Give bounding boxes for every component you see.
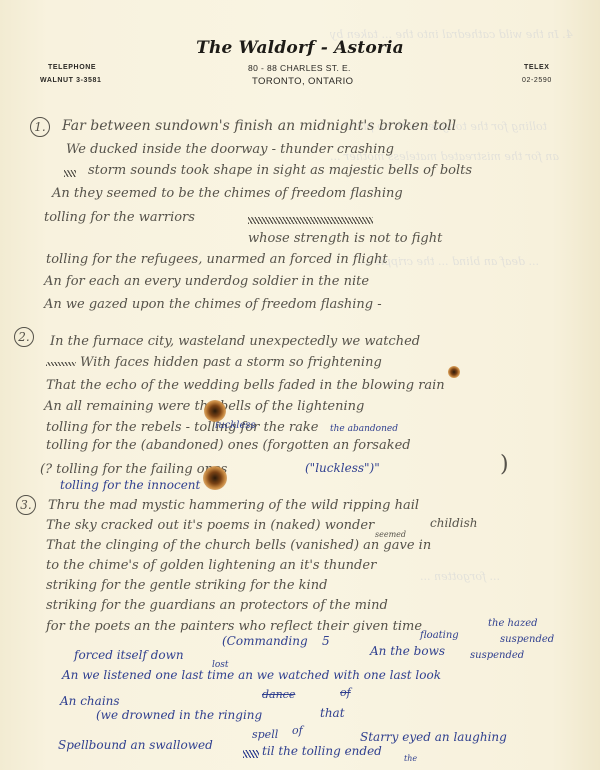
stanza-number-3: 3. [16, 495, 36, 515]
hotel-brand-logo: The Waldorf - Astoria [0, 38, 600, 58]
stanza-1-line-6: tolling for the refugees, unarmed an for… [46, 252, 388, 267]
revision-spell: spell [252, 728, 278, 741]
stanza-1-line-4: An they seemed to be the chimes of freed… [52, 186, 403, 201]
stanza-1-line-8: An we gazed upon the chimes of freedom f… [44, 297, 382, 312]
stanza-1-line-5b: whose strength is not to fight [248, 231, 442, 246]
revision-the-hazed: the hazed [488, 618, 538, 629]
annotation-the-abandoned: the abandoned [330, 424, 398, 434]
letterhead: The Waldorf - Astoria TELEPHONE WALNUT 3… [0, 0, 600, 100]
revision-forced-itself-down: forced itself down [74, 648, 184, 662]
crossed-out-text [46, 362, 76, 366]
revision-an-the-bows: An the bows [370, 644, 445, 658]
telex-number: 02-2590 [522, 77, 552, 84]
stanza-1-line-2: We ducked inside the doorway - thunder c… [66, 142, 394, 157]
bleed-through-text: ... forgotten ... [420, 570, 500, 583]
revision-til-the-tolling-ended: til the tolling ended [262, 744, 382, 758]
telephone-label: TELEPHONE [48, 64, 96, 71]
stanza-3-childish: childish [430, 516, 478, 530]
address-city: TORONTO, ONTARIO [252, 76, 353, 87]
stanza-number-1: 1. [30, 117, 50, 137]
annotation-luckless-quoted: ("luckless")" [305, 461, 380, 475]
annotation-luckless: luckless [215, 420, 256, 431]
stanza-3-line-2: The sky cracked out it's poems in (naked… [46, 518, 374, 533]
stanza-3-line-5: striking for the gentle striking for the… [46, 578, 327, 593]
stanza-1-line-5: tolling for the warriors [44, 210, 195, 225]
revision-an-chains: An chains [60, 694, 120, 708]
revision-the: the [404, 754, 417, 763]
revision-suspended-lower: suspended [470, 650, 524, 661]
stanza-2-line-1: In the furnace city, wasteland unexpecte… [50, 334, 420, 349]
telephone-number: WALNUT 3-3581 [40, 77, 101, 84]
crossed-out-text [248, 217, 373, 224]
revision-suspended-upper: suspended [500, 634, 554, 645]
burn-mark [448, 366, 460, 378]
telex-label: TELEX [524, 64, 550, 71]
stanza-1-line-3: storm sounds took shape in sight as maje… [88, 163, 472, 178]
crossed-out-text [243, 750, 259, 758]
stanza-2-line-7: (? tolling for the failing ones [40, 462, 227, 477]
stanza-2-line-2: With faces hidden past a storm so fright… [80, 355, 382, 370]
address-street: 80 - 88 CHARLES ST. E. [248, 63, 351, 73]
revision-dance: dance [262, 688, 295, 701]
stanza-2-line-5: tolling for the rebels - tolling for the… [46, 420, 318, 435]
stanza-3-line-7: for the poets an the painters who reflec… [46, 619, 422, 634]
revision-starry-eyed: Starry eyed an laughing [360, 730, 507, 744]
stanza-1-line-1: Far between sundown's finish an midnight… [62, 118, 456, 134]
stanza-3-line-1: Thru the mad mystic hammering of the wil… [48, 498, 419, 513]
revision-floating: floating [420, 630, 459, 641]
revision-that: that [320, 706, 345, 720]
stanza-2-line-3: That the echo of the wedding bells faded… [46, 378, 445, 393]
stanza-2-line-6: tolling for the (abandoned) ones (forgot… [46, 438, 411, 453]
manuscript-page: 4. In the wild cathedral into the ... ta… [0, 0, 600, 770]
burn-mark [204, 400, 226, 422]
revision-spellbound: Spellbound an swallowed [58, 738, 213, 752]
revision-commanding: (Commanding [222, 634, 308, 648]
stanza-3-line-6: striking for the guardians an protectors… [46, 598, 388, 613]
stanza-3-line-3: That the clinging of the church bells (v… [46, 538, 431, 553]
revision-we-drowned: (we drowned in the ringing [96, 708, 262, 722]
revision-number-5: 5 [322, 634, 330, 648]
stanza-1-line-7: An for each an every underdog soldier in… [44, 274, 369, 289]
revision-of: of [292, 724, 303, 737]
burn-mark [203, 466, 227, 490]
annotation-innocent: tolling for the innocent [60, 478, 200, 492]
stanza-number-2: 2. [14, 327, 34, 347]
stanza-3-line-4: to the chime's of golden lightening an i… [46, 558, 376, 573]
crossed-out-text [64, 170, 76, 177]
revision-listened-line: An we listened one last time an we watch… [62, 668, 441, 682]
closing-paren: ) [500, 452, 509, 477]
revision-of-struck: of [340, 686, 351, 699]
